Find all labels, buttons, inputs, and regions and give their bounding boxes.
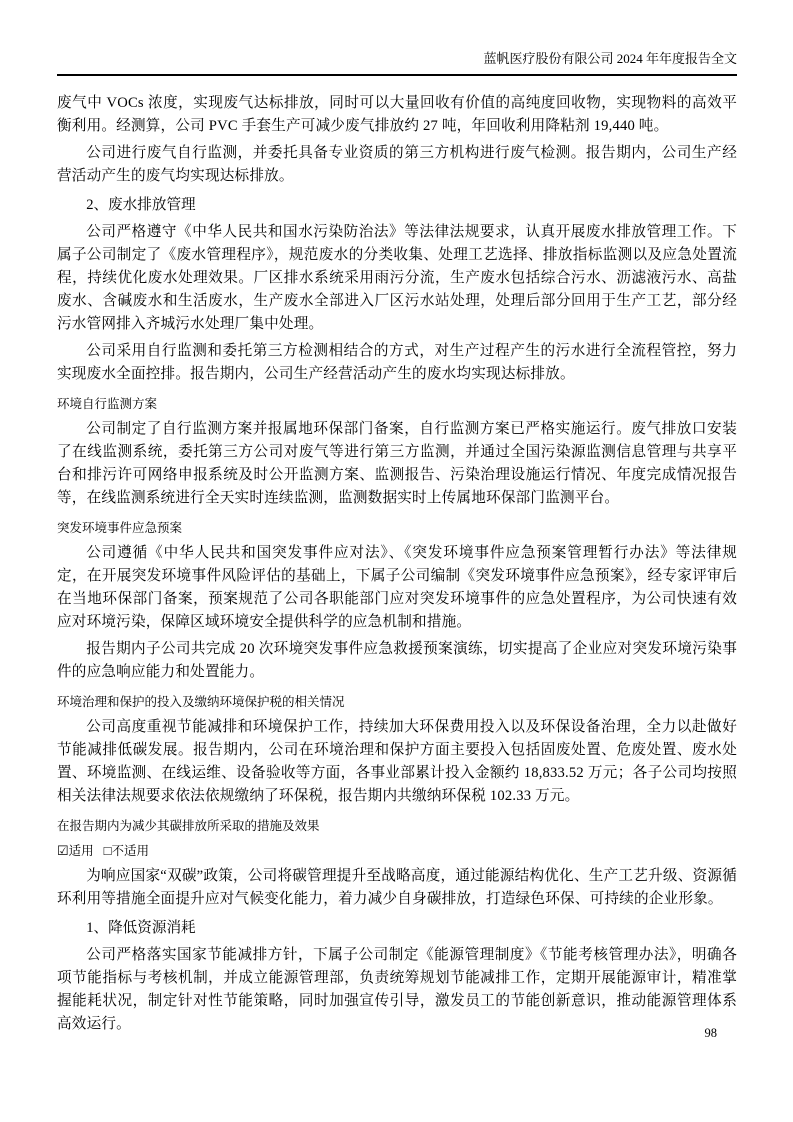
heading-self-monitoring-plan: 环境自行监测方案 (57, 395, 737, 414)
paragraph-emergency-drills: 报告期内子公司共完成 20 次环境突发事件应急救援预案演练，切实提高了企业应对突… (57, 638, 737, 684)
heading-wastewater-management: 2、废水排放管理 (57, 194, 737, 217)
heading-emergency-plan: 突发环境事件应急预案 (57, 519, 737, 538)
unchecked-checkbox-icon: □ (104, 843, 112, 858)
checked-checkbox-icon: ☑ (57, 843, 69, 858)
applicable-label: 适用 (69, 844, 94, 858)
applicability-row: ☑适用□不适用 (57, 841, 737, 861)
paragraph-self-monitoring-detail: 公司制定了自行监测方案并报属地环保部门备案，自行监测方案已严格实施运行。废气排放… (57, 418, 737, 510)
paragraph-vocs-continuation: 废气中 VOCs 浓度，实现废气达标排放，同时可以大量回收有价值的高纯度回收物，… (57, 92, 737, 138)
paragraph-energy-management: 公司严格落实国家节能减排方针，下属子公司制定《能源管理制度》《节能考核管理办法》… (57, 944, 737, 1036)
heading-environment-investment: 环境治理和保护的投入及缴纳环境保护税的相关情况 (57, 693, 737, 712)
paragraph-wastewater-law: 公司严格遵守《中华人民共和国水污染防治法》等法律法规要求，认真开展废水排放管理工… (57, 221, 737, 336)
heading-reduce-resource-consumption: 1、降低资源消耗 (57, 917, 737, 940)
heading-carbon-reduction-measures: 在报告期内为减少其碳排放所采取的措施及效果 (57, 817, 737, 836)
paragraph-environment-investment-detail: 公司高度重视节能减排和环境保护工作，持续加大环保费用投入以及环保设备治理，全力以… (57, 716, 737, 808)
header-title: 蓝帆医疗股份有限公司 2024 年年度报告全文 (483, 51, 737, 66)
page-header: 蓝帆医疗股份有限公司 2024 年年度报告全文 (57, 50, 737, 76)
paragraph-wastewater-monitoring: 公司采用自行监测和委托第三方检测相结合的方式，对生产过程产生的污水进行全流程管控… (57, 340, 737, 386)
not-applicable-label: 不适用 (112, 844, 150, 858)
paragraph-emergency-plan-detail: 公司遵循《中华人民共和国突发事件应对法》、《突发环境事件应急预案管理暂行办法》等… (57, 542, 737, 634)
page-content: 废气中 VOCs 浓度，实现废气达标排放，同时可以大量回收有价值的高纯度回收物，… (57, 88, 737, 1036)
paragraph-dual-carbon-policy: 为响应国家“双碳”政策，公司将碳管理提升至战略高度，通过能源结构优化、生产工艺升… (57, 865, 737, 911)
paragraph-waste-gas-monitoring: 公司进行废气自行监测，并委托具备专业资质的第三方机构进行废气检测。报告期内，公司… (57, 142, 737, 188)
report-page: 蓝帆医疗股份有限公司 2024 年年度报告全文 废气中 VOCs 浓度，实现废气… (0, 0, 793, 1122)
page-number: 98 (705, 1026, 718, 1041)
